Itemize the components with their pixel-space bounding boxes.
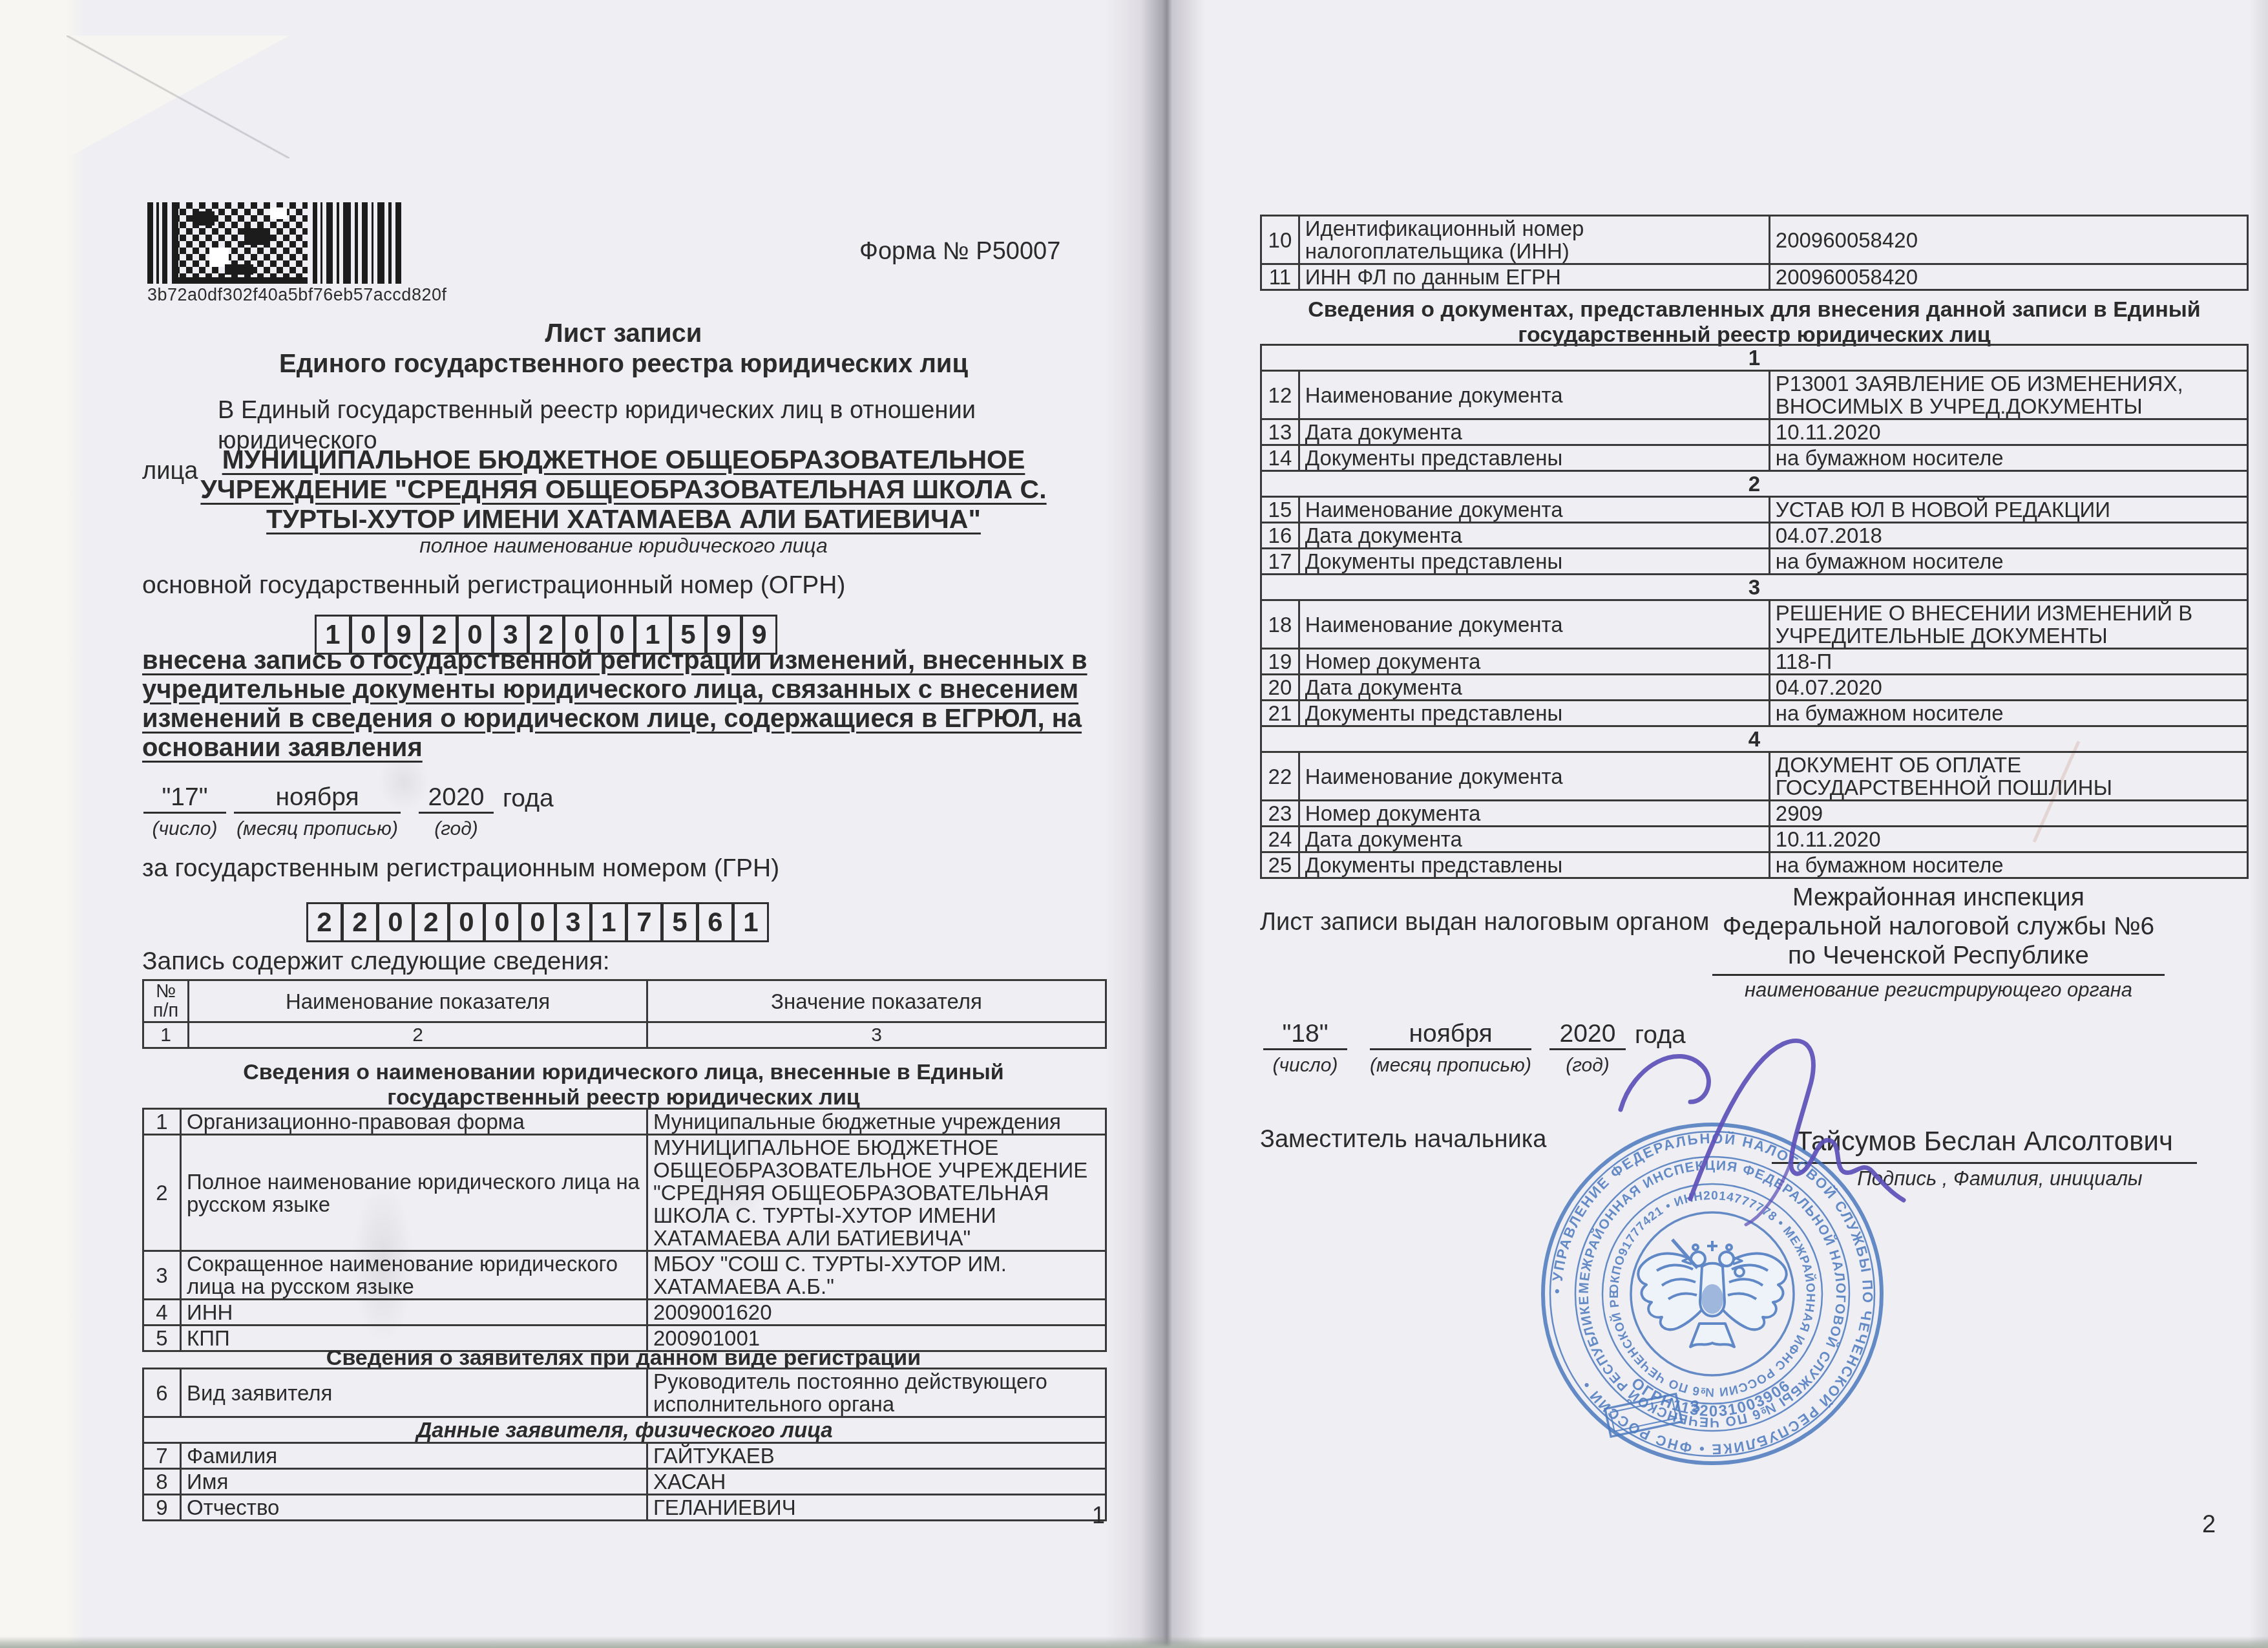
- grn-digit: 0: [377, 902, 414, 942]
- grn-digit: 2: [342, 902, 378, 942]
- group-number: 4: [1261, 726, 2248, 752]
- table-row: 16 Дата документа 04.07.2018: [1261, 523, 2248, 549]
- issue-date-day: "18": [1263, 1020, 1347, 1050]
- statement-line1: внесена запись о государственной регистр…: [142, 646, 1106, 675]
- authority-caption: наименование регистрирующего органа: [1712, 978, 2165, 1002]
- table-row: 20 Дата документа 04.07.2020: [1261, 675, 2248, 701]
- summary-col-index: 1: [143, 1022, 189, 1048]
- grn-digit: 0: [520, 902, 556, 942]
- eagle-emblem: [1638, 1240, 1786, 1347]
- table-row: 7 Фамилия ГАЙТУКАЕВ: [143, 1443, 1106, 1469]
- summary-header-value: Значение показателя: [647, 980, 1106, 1022]
- table-row: 21 Документы представлены на бумажном но…: [1261, 701, 2248, 726]
- table-row: 24 Дата документа 10.11.2020: [1261, 827, 2248, 852]
- summary-header-name: Наименование показателя: [189, 980, 647, 1022]
- documents-table: 1 12 Наименование документа Р13001 ЗАЯВЛ…: [1260, 344, 2249, 879]
- name-table: 1 Организационно-правовая форма Муниципа…: [142, 1108, 1107, 1352]
- table-row: 11 ИНН ФЛ по данным ЕГРН 200960058420: [1261, 264, 2248, 290]
- group-header-row: 3: [1261, 575, 2248, 600]
- group-number: 1: [1261, 345, 2248, 371]
- group-header-row: 4: [1261, 726, 2248, 752]
- summary-header-num: № п/п: [143, 980, 189, 1022]
- table-row: 10 Идентификационный номер налогоплатель…: [1261, 216, 2248, 264]
- table-row: 9 Отчество ГЕЛАНИЕВИЧ: [143, 1495, 1106, 1521]
- barcode-caption: 3b72a0df302f40a5bf76eb57accd820f: [147, 285, 446, 305]
- statement-line2: учредительные документы юридического лиц…: [142, 675, 1106, 704]
- organization-name-line1: МУНИЦИПАЛЬНОЕ БЮДЖЕТНОЕ ОБЩЕОБРАЗОВАТЕЛЬ…: [142, 445, 1105, 474]
- document-title-line2: Единого государственного реестра юридиче…: [142, 350, 1105, 379]
- signatory-position: Заместитель начальника: [1260, 1126, 1546, 1154]
- summary-col-index: 2: [189, 1022, 647, 1048]
- grn-digit: 0: [484, 902, 520, 942]
- table-row: 19 Номер документа 118-П: [1261, 649, 2248, 675]
- ogrn-label: основной государственный регистрационный…: [142, 571, 845, 600]
- handwritten-signature: [1564, 1005, 1926, 1238]
- organization-name: МУНИЦИПАЛЬНОЕ БЮДЖЕТНОЕ ОБЩЕОБРАЗОВАТЕЛЬ…: [142, 445, 1105, 534]
- table-row: 17 Документы представлены на бумажном но…: [1261, 549, 2248, 575]
- grn-digit: 0: [448, 902, 485, 942]
- applicant-subheader: Данные заявителя, физического лица: [143, 1417, 1106, 1443]
- issue-date-day-caption: (число): [1263, 1055, 1347, 1077]
- issued-by-label: Лист записи выдан налоговым органом: [1260, 909, 1710, 936]
- table-row: 22 Наименование документа ДОКУМЕНТ ОБ ОП…: [1261, 752, 2248, 801]
- summary-col-index: 3: [647, 1022, 1106, 1048]
- record-date-year: 2020: [419, 783, 494, 814]
- grn-digit: 7: [626, 902, 662, 942]
- table-row: 14 Документы представлены на бумажном но…: [1261, 445, 2248, 471]
- registration-statement: внесена запись о государственной регистр…: [142, 646, 1106, 763]
- table-subheader-row: Данные заявителя, физического лица: [143, 1417, 1106, 1443]
- page-corner-crease: [67, 36, 289, 158]
- grn-digit-boxes: 2 2 0 2 0 0 0 3 1 7 5 6 1: [306, 902, 769, 942]
- organization-name-caption: полное наименование юридического лица: [142, 534, 1105, 558]
- table-row: 4 ИНН 2009001620: [143, 1300, 1106, 1326]
- issue-date-month: ноября: [1370, 1020, 1531, 1050]
- bottom-scan-edge: [0, 1636, 2268, 1648]
- table-row: 8 Имя ХАСАН: [143, 1469, 1106, 1495]
- inn-table: 10 Идентификационный номер налогоплатель…: [1260, 215, 2249, 291]
- document-title-line1: Лист записи: [142, 319, 1105, 348]
- docs-section-title: Сведения о документах, представленных дл…: [1270, 297, 2239, 348]
- record-date-year-caption: (год): [419, 818, 494, 840]
- group-header-row: 1: [1261, 345, 2248, 371]
- authority-name: Межрайонная инспекция Федеральной налого…: [1712, 883, 2165, 976]
- summary-table: № п/п Наименование показателя Значение п…: [142, 979, 1107, 1049]
- record-date-year-word: года: [503, 785, 554, 813]
- grn-label: за государственным регистрационным номер…: [142, 854, 779, 883]
- record-contents-label: Запись содержит следующие сведения:: [142, 947, 610, 976]
- form-number-label: Форма № Р50007: [859, 238, 1060, 266]
- page-number-1: 1: [1060, 1502, 1105, 1529]
- table-row: 6 Вид заявителя Руководитель постоянно д…: [143, 1369, 1106, 1417]
- name-section-title: Сведения о наименовании юридического лиц…: [149, 1060, 1098, 1110]
- table-row: 2 Полное наименование юридического лица …: [143, 1135, 1106, 1251]
- table-row: 23 Номер документа 2909: [1261, 801, 2248, 827]
- grn-digit: 3: [555, 902, 591, 942]
- statement-line4: основании заявления: [142, 734, 1106, 763]
- table-row: 12 Наименование документа Р13001 ЗАЯВЛЕН…: [1261, 371, 2248, 419]
- record-date-month-caption: (месяц прописью): [234, 818, 401, 840]
- table-row: 25 Документы представлены на бумажном но…: [1261, 852, 2248, 878]
- record-date-day: "17": [143, 783, 226, 814]
- group-number: 3: [1261, 575, 2248, 600]
- record-date-month: ноября: [234, 783, 401, 814]
- grn-digit: 1: [591, 902, 627, 942]
- statement-line3: изменений в сведения о юридическом лице,…: [142, 704, 1106, 734]
- applicant-table: 6 Вид заявителя Руководитель постоянно д…: [142, 1368, 1107, 1521]
- organization-name-line3: ТУРТЫ-ХУТОР ИМЕНИ ХАТАМАЕВА АЛИ БАТИЕВИЧ…: [142, 504, 1105, 534]
- page-number-2: 2: [2202, 1511, 2216, 1539]
- grn-digit: 2: [413, 902, 449, 942]
- issue-date-month-caption: (месяц прописью): [1370, 1055, 1531, 1077]
- record-date-day-caption: (число): [143, 818, 226, 840]
- barcode: [147, 202, 406, 284]
- scanned-document: 3b72a0df302f40a5bf76eb57accd820f Форма №…: [0, 0, 2268, 1648]
- grn-digit: 2: [306, 902, 342, 942]
- grn-digit: 1: [733, 902, 769, 942]
- grn-digit: 6: [697, 902, 733, 942]
- table-row: 1 Организационно-правовая форма Муниципа…: [143, 1109, 1106, 1135]
- organization-name-line2: УЧРЕЖДЕНИЕ "СРЕДНЯЯ ОБЩЕОБРАЗОВАТЕЛЬНАЯ …: [142, 474, 1105, 504]
- table-row: 18 Наименование документа РЕШЕНИЕ О ВНЕС…: [1261, 600, 2248, 649]
- grn-digit: 5: [662, 902, 698, 942]
- group-header-row: 2: [1261, 471, 2248, 497]
- group-number: 2: [1261, 471, 2248, 497]
- table-row: 13 Дата документа 10.11.2020: [1261, 419, 2248, 445]
- table-row: 15 Наименование документа УСТАВ ЮЛ В НОВ…: [1261, 497, 2248, 523]
- table-row: 3 Сокращенное наименование юридического …: [143, 1251, 1106, 1300]
